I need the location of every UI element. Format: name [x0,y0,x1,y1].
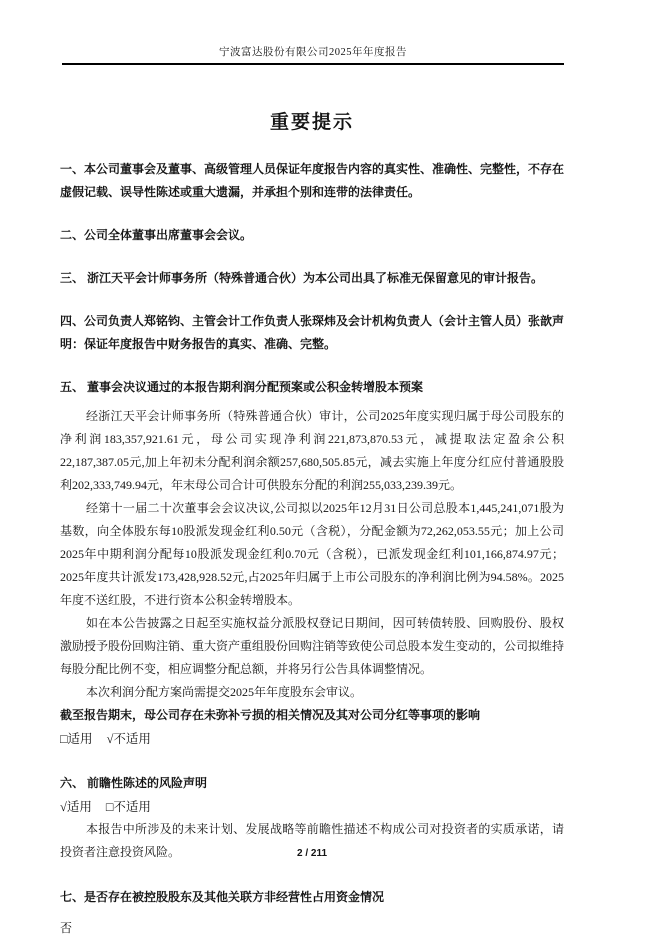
statement-2: 二、公司全体董事出席董事会会议。 [60,224,564,247]
page-number: 2 / 211 [60,848,564,859]
statement-5-paragraph-3: 如在本公告披露之日起至实施权益分派股权登记日期间，因可转债转股、回购股份、股权激… [60,612,564,681]
statement-1: 一、本公司董事会及董事、高级管理人员保证年度报告内容的真实性、准确性、完整性，不… [60,158,564,204]
checkbox-applicable: □适用 [60,732,93,746]
statement-5-paragraph-4: 本次利润分配方案尚需提交2025年年度股东会审议。 [60,681,564,704]
statement-5-paragraph-2: 经第十一届二十次董事会会议决议,公司拟以2025年12月31日公司总股本1,44… [60,497,564,612]
statement-5-heading: 五、 董事会决议通过的本报告期利润分配预案或公积金转增股本预案 [60,376,564,399]
statement-7-answer: 否 [60,917,564,936]
page-header: 宁波富达股份有限公司2025年年度报告 [62,0,564,65]
checkbox-applicable-checked: √适用 [60,800,92,814]
checkbox-not-applicable-checked: √不适用 [107,732,151,746]
page-title: 重要提示 [60,107,564,134]
statement-7-heading: 七、是否存在被控股股东及其他关联方非经营性占用资金情况 [60,886,564,909]
statement-5-subheading: 截至报告期末，母公司存在未弥补亏损的相关情况及其对公司分红等事项的影响 [60,704,564,727]
statement-3: 三、 浙江天平会计师事务所（特殊普通合伙）为本公司出具了标准无保留意见的审计报告… [60,267,564,290]
statement-4: 四、公司负责人郑铭钧、主管会计工作负责人张琛炜及会计机构负责人（会计主管人员）张… [60,310,564,356]
checkbox-not-applicable: □不适用 [106,800,151,814]
statement-5-applicability: □适用√不适用 [60,728,564,750]
statement-6-applicability: √适用□不适用 [60,796,564,818]
document-body: 重要提示 一、本公司董事会及董事、高级管理人员保证年度报告内容的真实性、准确性、… [60,107,564,936]
statement-6-heading: 六、 前瞻性陈述的风险声明 [60,772,564,795]
statement-5-paragraph-1: 经浙江天平会计师事务所（特殊普通合伙）审计，公司2025年度实现归属于母公司股东… [60,405,564,497]
report-header-title: 宁波富达股份有限公司2025年年度报告 [219,47,407,58]
